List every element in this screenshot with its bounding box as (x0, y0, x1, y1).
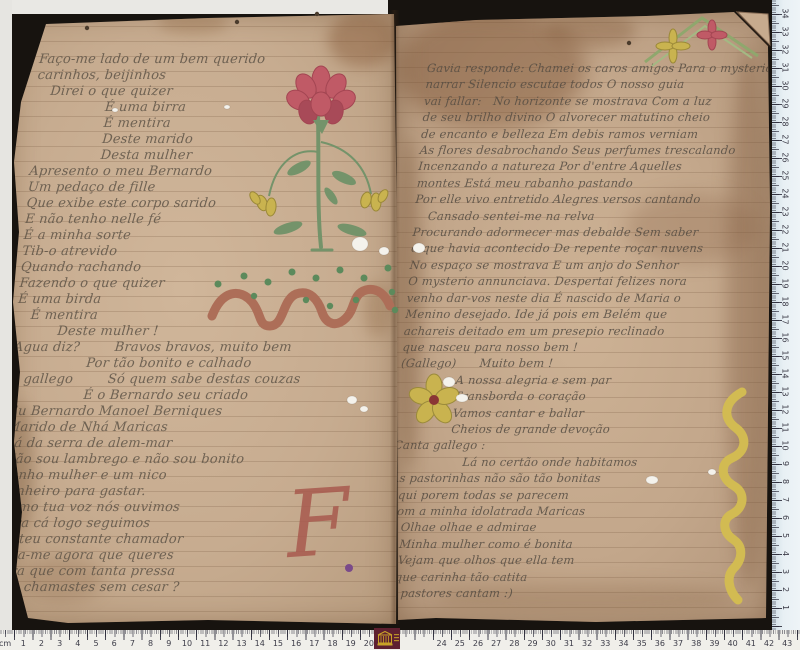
manuscript-line: Eu Bernardo Manoel Berniques (8, 404, 383, 420)
manuscript-line: É uma birra (34, 100, 409, 116)
manuscript-line: Transborda o coração (398, 388, 761, 404)
manuscript-line: de seu brilho divino O alvorecer matutin… (422, 109, 785, 125)
ruler-number: 41 (742, 639, 760, 648)
ruler-number: 18 (323, 639, 341, 648)
ruler-number: 8 (142, 639, 160, 648)
manuscript-line: Desta mulher (30, 148, 405, 164)
manuscript-line: Com a minha idolatrada Maricas (387, 503, 750, 519)
ruler-number: 9 (780, 454, 790, 472)
manuscript-line: É a minha sorte (23, 228, 398, 244)
manuscript-line: de encanto e belleza Em debis ramos vern… (421, 126, 784, 142)
ruler-number: 20 (780, 256, 790, 274)
ruler-number: 28 (505, 639, 523, 648)
manuscript-line: Vejam que olhos que ella tem (383, 552, 746, 568)
ruler-number: 12 (780, 400, 790, 418)
manuscript-line: Faço-me lado de um bem querido (38, 52, 413, 68)
ruler-number: 24 (433, 639, 451, 648)
manuscript-line: É mentira (16, 308, 391, 324)
manuscript-line: Aqui porem todas se parecem (389, 487, 752, 503)
ruler-number: 15 (780, 346, 790, 364)
ruler-number: 7 (780, 490, 790, 508)
manuscript-line: Lá no certão onde habitamos (392, 454, 755, 470)
archive-logo (374, 628, 400, 649)
ruler-number: 27 (487, 639, 505, 648)
manuscript-line: Agua diz? Bravos bravos, muito bem (13, 340, 388, 356)
ruler-number: 39 (705, 639, 723, 648)
ruler-number: 30 (542, 639, 560, 648)
ruler-number: 1 (780, 598, 790, 616)
ruler-number: 14 (780, 364, 790, 382)
manuscript-line: o gallego Só quem sabe destas couzas (10, 372, 385, 388)
ruler-number: 28 (780, 112, 790, 130)
manuscript-line: montes Está meu rabanho pastando (416, 175, 779, 191)
manuscript-line: Cheios de grande devoção (395, 421, 758, 437)
ruler-number: 23 (780, 202, 790, 220)
ruler-number: 25 (451, 639, 469, 648)
bottom-ruler: cm12345678910111213141516171819202425262… (0, 630, 800, 650)
ruler-number: 43 (778, 639, 796, 648)
ruler-number: 5 (87, 639, 105, 648)
manuscript-line: Direi o que quizer (36, 84, 411, 100)
manuscript-line: Deste marido (31, 132, 406, 148)
manuscript-line: achareis deitado em um presepio reclinad… (403, 323, 766, 339)
manuscript-line: Por tão bonito e calhado (12, 356, 387, 372)
ruler-number: 3 (780, 562, 790, 580)
manuscript-line: Gavia responde: Chamei os caros amigos P… (426, 60, 789, 76)
ruler-number: 13 (780, 382, 790, 400)
right-ruler: 3433323130292827262524232221201918171615… (772, 0, 800, 632)
ruler-number: cm (0, 639, 14, 648)
manuscript-line: vai fallar: No horizonte se mostrava Com… (423, 93, 786, 109)
ruler-number: 26 (469, 639, 487, 648)
manuscript-line: E que carinha tão catita (382, 569, 745, 585)
ruler-number: 42 (760, 639, 778, 648)
ruler-number: 40 (724, 639, 742, 648)
ruler-number: 1 (14, 639, 32, 648)
manuscript-line: (Gallego) Muito bem ! (400, 355, 763, 371)
manuscript-line: Procurando adormecer mas debalde Sem sab… (412, 224, 775, 240)
ruler-number: 31 (780, 58, 790, 76)
ruler-number: 6 (780, 508, 790, 526)
manuscript-line: Por elle vivo entretido Alegres versos c… (415, 191, 778, 207)
ruler-number: 30 (780, 76, 790, 94)
manuscript-line: Deste mulher ! (15, 324, 390, 340)
manuscript-line: Vamos cantar e ballar (396, 405, 759, 421)
ruler-number: 17 (305, 639, 323, 648)
illuminated-initial: F (283, 476, 353, 572)
ruler-number: 21 (780, 238, 790, 256)
ruler-number: 19 (342, 639, 360, 648)
manuscript-line: Nos chamastes sem cesar ? (0, 580, 368, 596)
manuscript-line: Canta gallego : (393, 437, 756, 453)
ruler-number: 9 (160, 639, 178, 648)
manuscript-line: O mysterio annunciava. Despertai felizes… (408, 273, 771, 289)
manuscript-line: Não sou lambrego e não sou bonito (3, 452, 378, 468)
ruler-number: 13 (232, 639, 250, 648)
ruler-number: 37 (669, 639, 687, 648)
ruler-number: 10 (780, 436, 790, 454)
ruler-number: 11 (780, 418, 790, 436)
ruler-number (414, 639, 432, 648)
ruler-number: 26 (780, 148, 790, 166)
manuscript-line: Marido de Nhá Maricas (6, 420, 381, 436)
manuscript-line: A nossa alegria e sem par (399, 372, 762, 388)
ruler-number: 22 (780, 220, 790, 238)
ruler-number: 16 (780, 328, 790, 346)
ruler-number: 14 (251, 639, 269, 648)
ruler-number: 34 (780, 4, 790, 22)
manuscript-line: Incenzando a natureza Por d'entre Aquell… (418, 158, 781, 174)
page-seam (390, 10, 400, 624)
manuscript-line: Tib-o atrevido (22, 244, 397, 260)
scanned-manuscript-spread: Faço-me lado de um bem queridocarinhos, … (0, 0, 800, 650)
ruler-number: 10 (178, 639, 196, 648)
manuscript-line: É o Bernardo seu criado (9, 388, 384, 404)
ruler-number: 4 (69, 639, 87, 648)
ruler-number: 11 (196, 639, 214, 648)
manuscript-line: Cansado sentei-me na relva (413, 208, 776, 224)
manuscript-line: Menino desejado. Ide já pois em Belém qu… (405, 306, 768, 322)
ruler-number: 2 (780, 580, 790, 598)
ruler-number: 25 (780, 166, 790, 184)
ruler-number: 2 (32, 639, 50, 648)
manuscript-line: Minha mulher como é bonita (385, 536, 748, 552)
manuscript-line: É mentira (33, 116, 408, 132)
ruler-number: 4 (780, 544, 790, 562)
ruler-number: 15 (269, 639, 287, 648)
ruler-number: 18 (780, 292, 790, 310)
manuscript-line: As pastorinhas não são tão bonitas (390, 470, 753, 486)
right-page-text: Gavia responde: Chamei os caros amigos P… (380, 60, 789, 601)
manuscript-line: carinhos, beijinhos (37, 68, 412, 84)
ruler-number: 8 (780, 472, 790, 490)
ruler-number: 7 (123, 639, 141, 648)
ruler-number: 6 (105, 639, 123, 648)
left-page-text: Faço-me lado de um bem queridocarinhos, … (0, 52, 414, 596)
ruler-number: 24 (780, 184, 790, 202)
ruler-number: 38 (687, 639, 705, 648)
manuscript-line: Lá da serra de alem-mar (5, 436, 380, 452)
manuscript-line: No espaço se mostrava E um anjo do Senho… (409, 257, 772, 273)
building-icon (374, 628, 400, 649)
manuscript-line: Que exibe este corpo sarido (26, 196, 401, 212)
manuscript-line: Um pedaço de fille (27, 180, 402, 196)
scanner-backing-left (0, 0, 12, 630)
ruler-numbers: 3433323130292827262524232221201918171615… (780, 4, 790, 616)
ruler-number: 3 (51, 639, 69, 648)
ruler-number: 32 (578, 639, 596, 648)
manuscript-line: Apresento o meu Bernardo (29, 164, 404, 180)
manuscript-line: o que havia acontecido De repente roçar … (410, 240, 773, 256)
manuscript-line: E não tenho nelle fé (24, 212, 399, 228)
manuscript-line: Olhae olhae e admirae (386, 519, 749, 535)
ruler-number: 12 (214, 639, 232, 648)
scanner-backing-top (0, 0, 388, 14)
ruler-number: 32 (780, 40, 790, 58)
ruler-number: 29 (523, 639, 541, 648)
ruler-number: 34 (614, 639, 632, 648)
ruler-number: 19 (780, 274, 790, 292)
ruler-number: 17 (780, 310, 790, 328)
manuscript-line: Fazendo o que quizer (19, 276, 394, 292)
ruler-number: 35 (633, 639, 651, 648)
right-page: Gavia responde: Chamei os caros amigos P… (396, 8, 770, 624)
ruler-number: 27 (780, 130, 790, 148)
ruler-number: 16 (287, 639, 305, 648)
manuscript-line: É uma birda (17, 292, 392, 308)
ruler-number: 29 (780, 94, 790, 112)
manuscript-line: narrar Silencio escutae todos O nosso gu… (425, 76, 788, 92)
ruler-number: 33 (780, 22, 790, 40)
ruler-number: 5 (780, 526, 790, 544)
manuscript-line: As flores desabrochando Seus perfumes tr… (419, 142, 782, 158)
manuscript-line: Quando rachando (20, 260, 395, 276)
manuscript-line: que nasceu para nosso bem ! (402, 339, 765, 355)
ruler-number: 33 (596, 639, 614, 648)
manuscript-line: venho dar-vos neste dia É nascido de Mar… (406, 290, 769, 306)
ruler-number: 31 (560, 639, 578, 648)
ruler-number: 36 (651, 639, 669, 648)
manuscript-line: Os pastores cantam :) (380, 585, 743, 601)
